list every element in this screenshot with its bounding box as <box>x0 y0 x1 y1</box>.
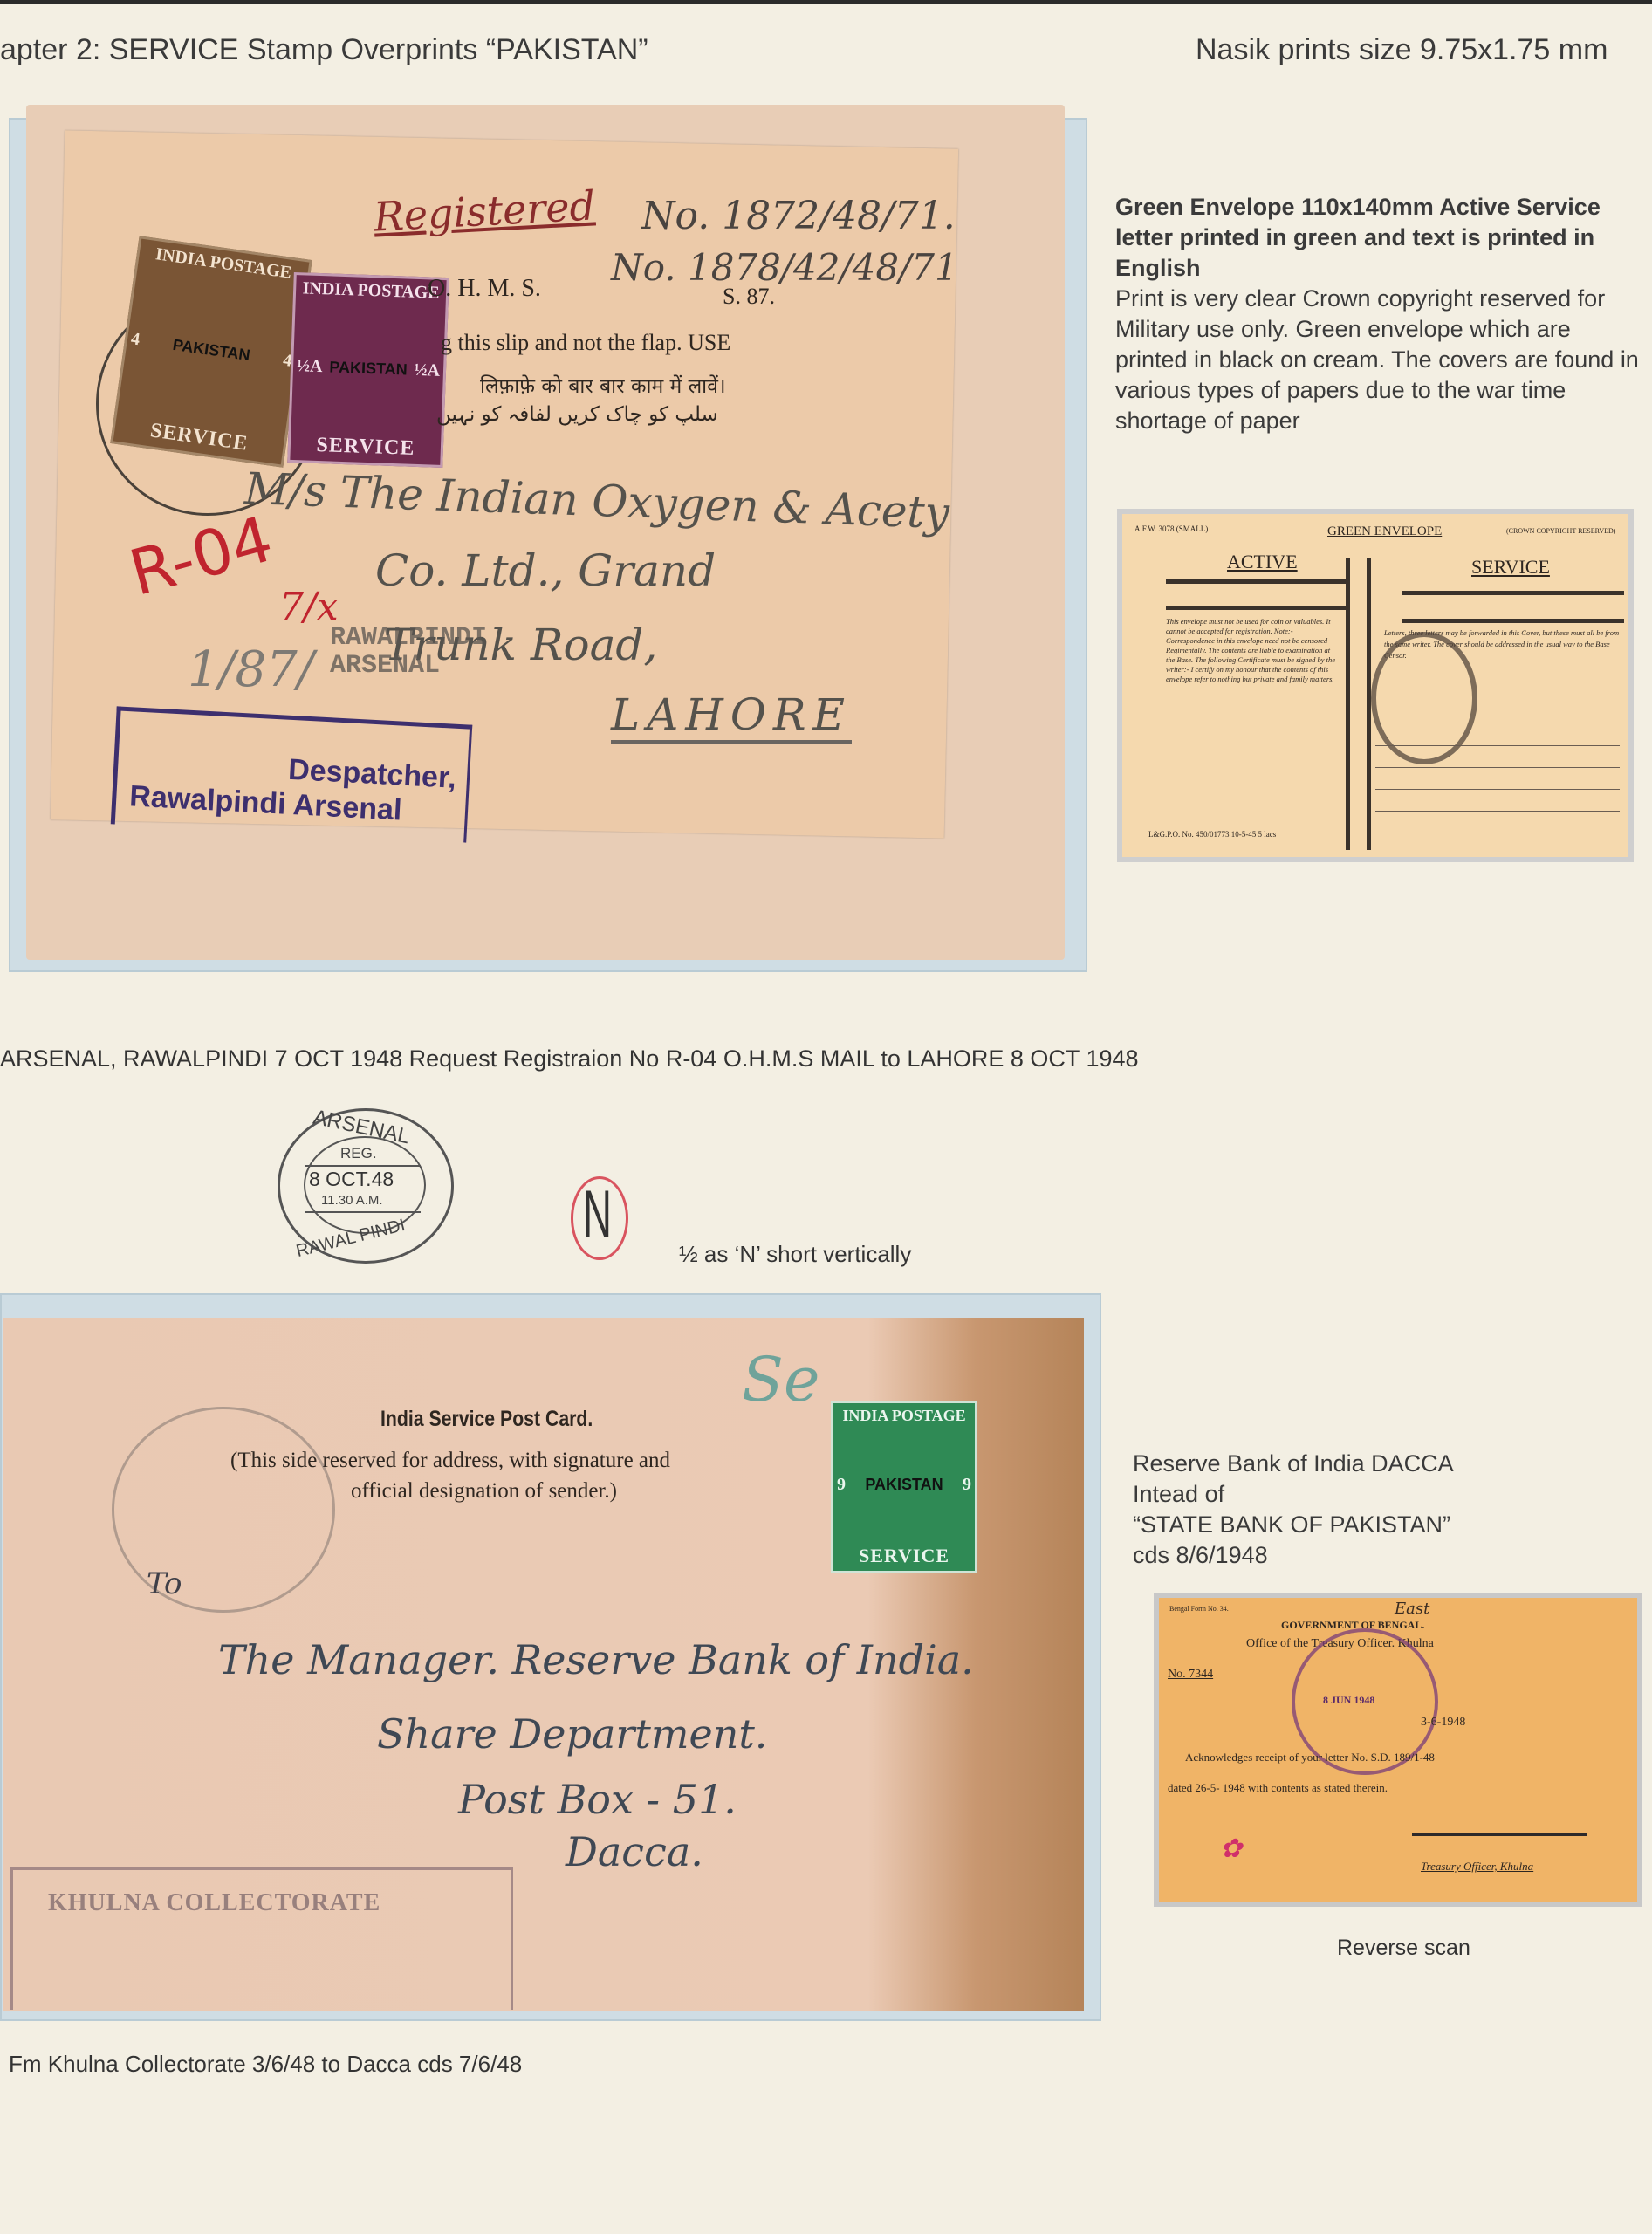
khulna-collectorate-cachet: KHULNA COLLECTORATE <box>10 1867 513 2010</box>
reserve-bank-acknowledgement-scan: Bengal Form No. 34. East GOVERNMENT OF B… <box>1154 1593 1642 1907</box>
green-envelope-scan: A.F.W. 3078 (SMALL) GREEN ENVELOPE (CROW… <box>1117 509 1634 862</box>
cover1-stamp-half-anna: INDIA POSTAGE ½A PAKISTAN ½A SERVICE <box>287 272 449 468</box>
green-envelope-note-body: Print is very clear Crown copyright rese… <box>1115 285 1639 434</box>
card2-title: India Service Post Card. <box>380 1407 593 1432</box>
reference-number-2: No. 1878/42/48/71 <box>611 246 958 289</box>
card2-address-line-1: The Manager. Reserve Bank of India. <box>218 1636 974 1683</box>
ohms-print: O. H. M. S. <box>428 275 541 303</box>
card2-stamp-9ps: INDIA POSTAGE 9 PAKISTAN 9 SERVICE <box>831 1401 977 1573</box>
urdu-instruction: سلپ کو چاک کریں لفافہ کو نہیں <box>436 403 718 426</box>
despatcher-cachet: Despatcher, Rawalpindi Arsenal <box>111 706 473 842</box>
green-envelope-note-heading: Green Envelope 110x140mm Active Service … <box>1115 194 1601 281</box>
pakistan-overprint: PAKISTAN <box>329 358 408 379</box>
card2-cds-postmark <box>112 1407 335 1613</box>
address-line-4: LAHORE <box>611 689 852 744</box>
pencil-marks: 1/87/ <box>188 641 314 698</box>
arsenal-reg-postmark-drawing: ARSENAL REG. 8 OCT.48 11.30 A.M. RAWAL P… <box>278 1108 452 1262</box>
card2-address-line-4: Dacca. <box>566 1828 703 1875</box>
cover1-stamp-4as: INDIA POSTAGE 4 PAKISTAN 4 SERVICE <box>110 236 312 467</box>
reference-number-1: No. 1872/48/71. <box>641 194 956 238</box>
card2-subtitle-2: official designation of sender.) <box>351 1479 617 1504</box>
page-header-chapter: apter 2: SERVICE Stamp Overprints “PAKIS… <box>0 33 648 67</box>
card2-address-line-2: Share Department. <box>377 1710 767 1758</box>
arsenal-cachet: RAWALPINDI ARSENAL <box>330 624 487 680</box>
card2-caption: Fm Khulna Collectorate 3/6/48 to Dacca c… <box>9 2051 522 2078</box>
n-detail-note: ½ as ‘N’ short vertically <box>679 1241 911 1268</box>
n-detail-letter: N <box>583 1176 612 1252</box>
pakistan-overprint: PAKISTAN <box>865 1476 943 1494</box>
signature <box>1412 1807 1587 1836</box>
card2-green-mark: Se <box>742 1344 819 1415</box>
cover1-caption: ARSENAL, RAWALPINDI 7 OCT 1948 Request R… <box>0 1045 1139 1072</box>
pakistan-overprint: PAKISTAN <box>172 335 251 364</box>
reserve-bank-note: Reserve Bank of India DACCA Intead of “S… <box>1133 1449 1454 1571</box>
address-line-2: Co. Ltd., Grand <box>375 545 716 596</box>
card2-address-line-3: Post Box - 51. <box>458 1776 737 1823</box>
card2-subtitle-1: (This side reserved for address, with si… <box>230 1449 670 1473</box>
top-edge <box>0 0 1652 4</box>
green-envelope-note: Green Envelope 110x140mm Active Service … <box>1115 192 1639 436</box>
reverse-scan-label: Reverse scan <box>1337 1936 1470 1961</box>
page-header-print-size: Nasik prints size 9.75x1.75 mm <box>1196 33 1607 67</box>
red-initials: ✿ <box>1220 1833 1242 1864</box>
slip-instruction: g this slip and not the flap. USE <box>441 330 730 356</box>
card2-to: To <box>147 1566 182 1601</box>
hindi-instruction: लिफ़ाफ़े को बार बार काम में लावें। <box>480 371 726 399</box>
green-envelope-left-text: This envelope must not be used for coin … <box>1166 617 1340 684</box>
s87-print: S. 87. <box>723 284 775 310</box>
